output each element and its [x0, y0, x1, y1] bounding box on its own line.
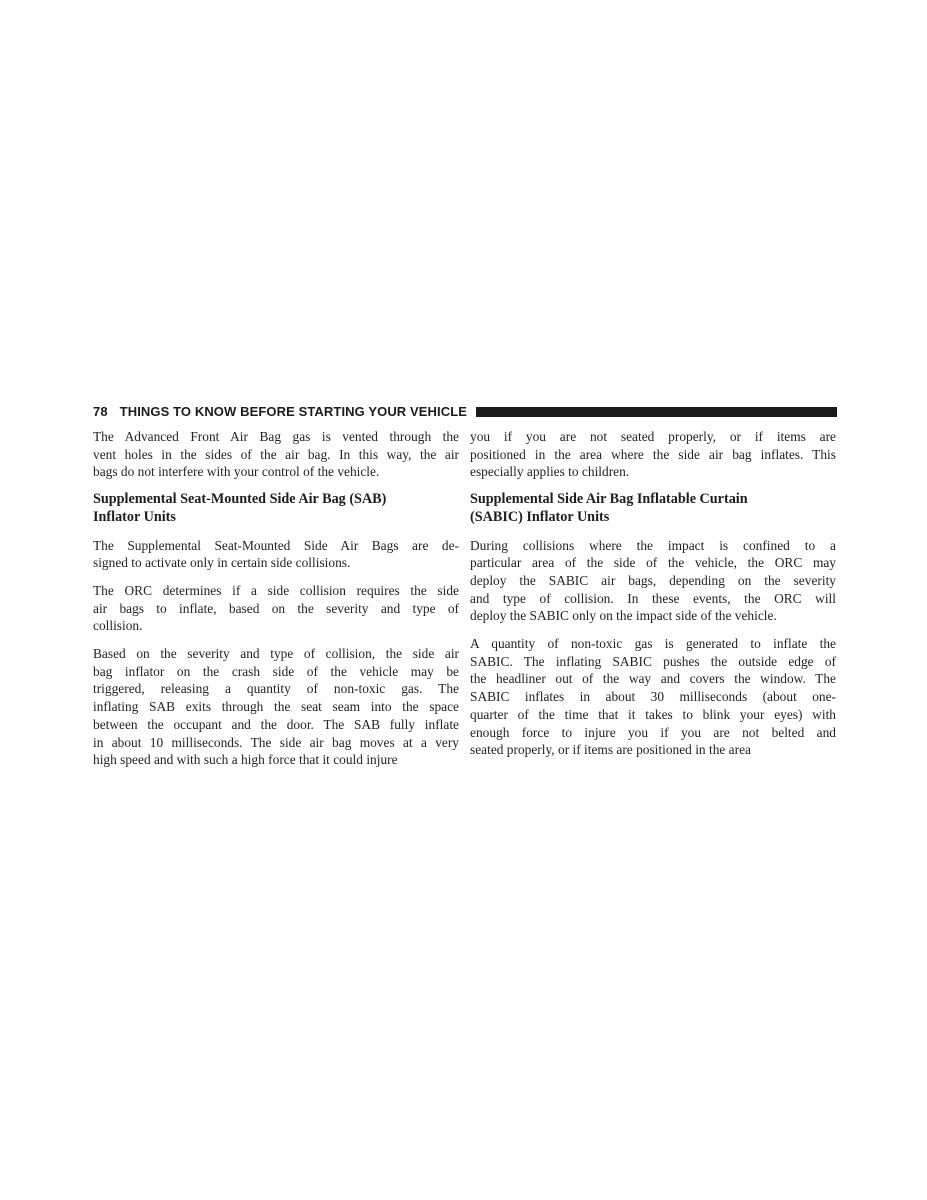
text-line: vent holes in the sides of the air bag. …: [93, 446, 459, 464]
text-line: Based on the severity and type of collis…: [93, 645, 459, 663]
heading-sabic-inflator-units: Supplemental Side Air Bag Inflatable Cur…: [470, 491, 836, 526]
text-line: SABIC. The inflating SABIC pushes the ou…: [470, 653, 836, 671]
text-line: especially applies to children.: [470, 463, 836, 481]
text-line: The Advanced Front Air Bag gas is vented…: [93, 428, 459, 446]
running-header: 78 THINGS TO KNOW BEFORE STARTING YOUR V…: [93, 404, 837, 419]
text-line: deploy the SABIC air bags, depending on …: [470, 572, 836, 590]
text-line: particular area of the side of the vehic…: [470, 554, 836, 572]
text-line: the headliner out of the way and covers …: [470, 670, 836, 688]
paragraph-quantity-nontoxic-gas: A quantity of non-toxic gas is generated…: [470, 635, 836, 759]
header-rule-bar: [476, 407, 837, 417]
text-line: Inflator Units: [93, 509, 459, 527]
page-number: 78: [93, 404, 108, 419]
text-line: enough force to injure you if you are no…: [470, 724, 836, 742]
text-line: in about 10 milliseconds. The side air b…: [93, 734, 459, 752]
text-line: bag inflator on the crash side of the ve…: [93, 663, 459, 681]
text-line: triggered, releasing a quantity of non-t…: [93, 680, 459, 698]
text-line: collision.: [93, 617, 459, 635]
text-line: The ORC determines if a side collision r…: [93, 582, 459, 600]
paragraph-during-collisions: During collisions where the impact is co…: [470, 537, 836, 626]
text-line: high speed and with such a high force th…: [93, 751, 459, 769]
text-line: SABIC inflates in about 30 milliseconds …: [470, 688, 836, 706]
text-line: (SABIC) Inflator Units: [470, 509, 836, 527]
text-line: quarter of the time that it takes to bli…: [470, 706, 836, 724]
paragraph-not-seated-properly: you if you are not seated properly, or i…: [470, 428, 836, 481]
paragraph-advanced-front-air-bag: The Advanced Front Air Bag gas is vented…: [93, 428, 459, 481]
right-column: you if you are not seated properly, or i…: [470, 428, 836, 769]
text-line: you if you are not seated properly, or i…: [470, 428, 836, 446]
text-line: Supplemental Seat-Mounted Side Air Bag (…: [93, 491, 459, 509]
text-line: between the occupant and the door. The S…: [93, 716, 459, 734]
paragraph-based-on-severity: Based on the severity and type of collis…: [93, 645, 459, 769]
text-line: The Supplemental Seat-Mounted Side Air B…: [93, 537, 459, 555]
text-line: and type of collision. In these events, …: [470, 590, 836, 608]
text-line: air bags to inflate, based on the severi…: [93, 600, 459, 618]
text-line: seated properly, or if items are positio…: [470, 741, 836, 759]
text-line: During collisions where the impact is co…: [470, 537, 836, 555]
heading-sab-inflator-units: Supplemental Seat-Mounted Side Air Bag (…: [93, 491, 459, 526]
left-column: The Advanced Front Air Bag gas is vented…: [93, 428, 459, 779]
text-line: deploy the SABIC only on the impact side…: [470, 607, 836, 625]
text-line: Supplemental Side Air Bag Inflatable Cur…: [470, 491, 836, 509]
text-line: signed to activate only in certain side …: [93, 554, 459, 572]
text-line: A quantity of non-toxic gas is generated…: [470, 635, 836, 653]
text-line: positioned in the area where the side ai…: [470, 446, 836, 464]
text-line: bags do not interfere with your control …: [93, 463, 459, 481]
page-header-title: THINGS TO KNOW BEFORE STARTING YOUR VEHI…: [120, 404, 467, 419]
paragraph-sab-designed: The Supplemental Seat-Mounted Side Air B…: [93, 537, 459, 572]
paragraph-orc-determines: The ORC determines if a side collision r…: [93, 582, 459, 635]
text-line: inflating SAB exits through the seat sea…: [93, 698, 459, 716]
manual-page: 78 THINGS TO KNOW BEFORE STARTING YOUR V…: [0, 0, 927, 1200]
